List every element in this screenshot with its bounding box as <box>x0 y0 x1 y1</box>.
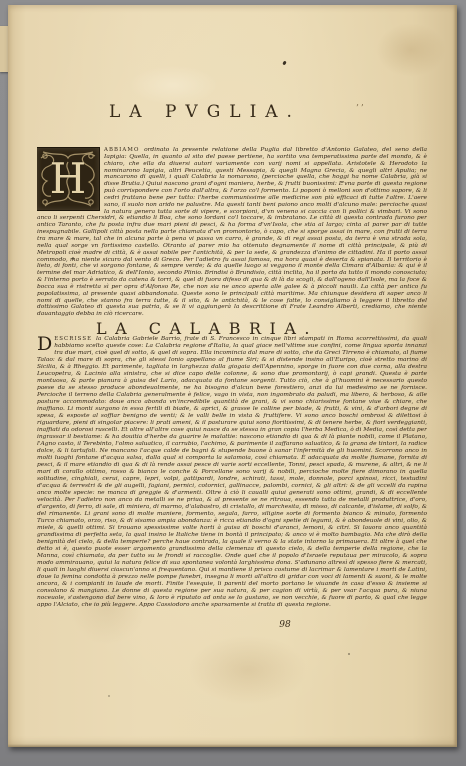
paper-stain <box>188 635 308 705</box>
paper-highlight <box>128 65 218 105</box>
scanner-background: ’’ LA PVGLIA. H ABBIAMO <box>0 0 466 766</box>
decorated-initial-H: H <box>37 148 99 210</box>
paper-stain <box>376 23 446 77</box>
section-title-puglia: LA PVGLIA. <box>20 102 390 122</box>
dropcap-letter-D: D <box>37 336 54 351</box>
calabria-body-text: la Calabria Gabriele Barrio, frate di S.… <box>37 336 427 608</box>
calabria-paragraph: D ESCRISSE la Calabria Gabriele Barrio, … <box>37 336 427 624</box>
ink-speck <box>282 61 287 66</box>
page-right-edge-shadow <box>454 5 457 747</box>
puglia-lead-word: ABBIAMO <box>104 147 144 153</box>
book-page: ’’ LA PVGLIA. H ABBIAMO <box>8 5 457 747</box>
puglia-paragraph: H ABBIAMO ordinato la presente relatione… <box>37 147 427 317</box>
ink-speck <box>108 695 110 697</box>
calabria-lead-word: ESCRISSE <box>54 336 96 342</box>
ink-speck <box>348 653 350 655</box>
dropcap-letter-H: H <box>37 148 99 210</box>
page-bottom-edge-shadow <box>8 744 457 747</box>
page-number: 98 <box>270 620 300 630</box>
